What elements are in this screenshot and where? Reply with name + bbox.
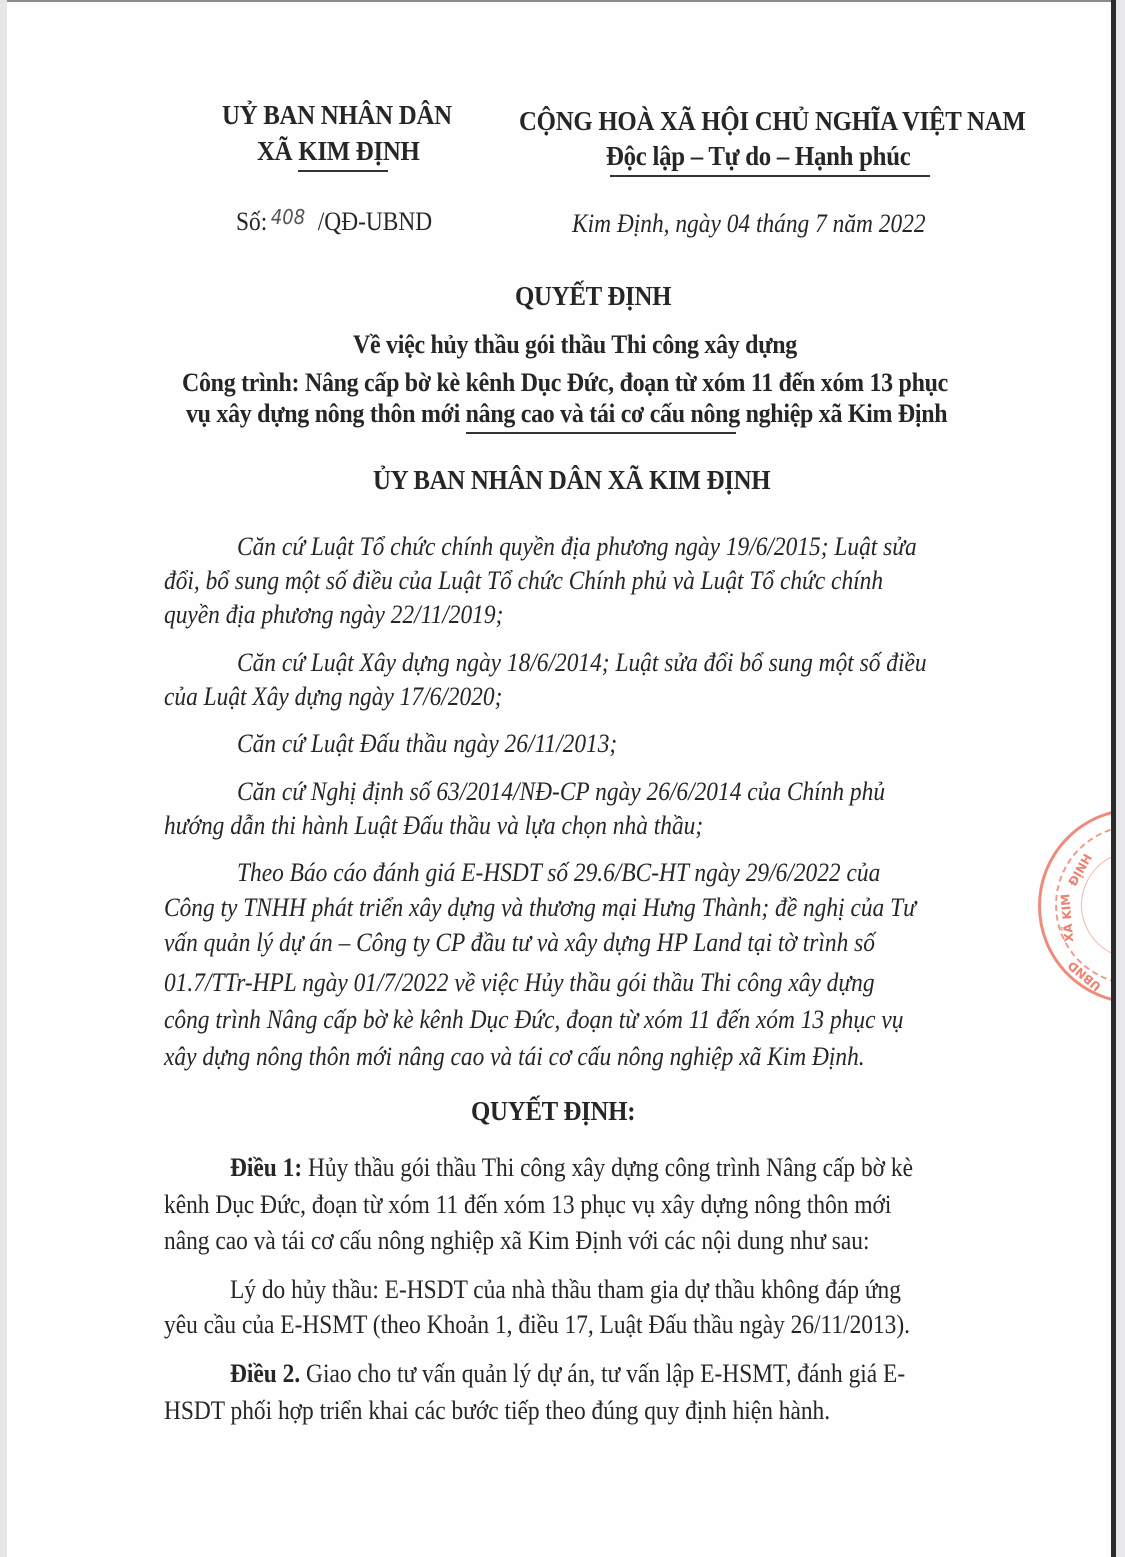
- article-text: Giao cho tư vấn quản lý dự án, tư vấn lậ…: [300, 1359, 905, 1388]
- place-date: Kim Định, ngày 04 tháng 7 năm 2022: [572, 209, 926, 239]
- issuer-line2: XÃ KIM ĐỊNH: [257, 136, 420, 167]
- official-stamp: H KIM ĐỊNH XÃ KIM UBND: [1030, 790, 1111, 1020]
- article-line: Điều 1: Hủy thầu gói thầu Thi công xây d…: [230, 1153, 913, 1183]
- preamble-line: xây dựng nông thôn mới nâng cao và tái c…: [164, 1042, 865, 1072]
- issuer-underline: [298, 170, 388, 172]
- subject-line-3: vụ xây dựng nông thôn mới nâng cao và tá…: [186, 399, 947, 429]
- doc-type-heading: QUYẾT ĐỊNH: [515, 281, 671, 312]
- authority-heading: ỦY BAN NHÂN DÂN XÃ KIM ĐỊNH: [373, 465, 770, 496]
- article-line: Lý do hủy thầu: E-HSDT của nhà thầu tham…: [230, 1275, 901, 1305]
- article-text: kênh Dục Đức, đoạn từ xóm 11 đến xóm 13 …: [164, 1190, 891, 1219]
- title-underline: [466, 432, 736, 434]
- article-line: nâng cao và tái cơ cấu nông nghiệp xã Ki…: [164, 1226, 869, 1256]
- issuer-line1: UỶ BAN NHÂN DÂN: [222, 100, 452, 131]
- page-gutter: [1116, 0, 1125, 1557]
- article-text: nâng cao và tái cơ cấu nông nghiệp xã Ki…: [164, 1226, 869, 1255]
- preamble-line: Căn cứ Luật Đấu thầu ngày 26/11/2013;: [237, 729, 617, 759]
- article-label: Điều 1:: [230, 1153, 302, 1182]
- stamp-ring: H KIM ĐỊNH XÃ KIM UBND: [1038, 808, 1111, 1004]
- preamble-line: đổi, bổ sung một số điều của Luật Tổ chứ…: [164, 566, 883, 596]
- preamble-line: Công ty TNHH phát triển xây dựng và thươ…: [164, 893, 916, 923]
- nation-title: CỘNG HOÀ XÃ HỘI CHỦ NGHĨA VIỆT NAM: [519, 106, 1026, 137]
- doc-number-handwritten: 408: [271, 205, 305, 229]
- preamble-line: quyền địa phương ngày 22/11/2019;: [164, 600, 503, 630]
- issuer-prefix: XÃ: [257, 136, 298, 166]
- article-label: Điều 2.: [230, 1359, 300, 1388]
- article-line: HSDT phối hợp triển khai các bước tiếp t…: [164, 1396, 830, 1426]
- preamble-line: Căn cứ Luật Xây dựng ngày 18/6/2014; Luậ…: [237, 648, 927, 678]
- article-text: Hủy thầu gói thầu Thi công xây dựng công…: [302, 1153, 913, 1182]
- article-line: kênh Dục Đức, đoạn từ xóm 11 đến xóm 13 …: [164, 1190, 891, 1220]
- article-line: Điều 2. Giao cho tư vấn quản lý dự án, t…: [230, 1359, 905, 1389]
- preamble-line: vấn quản lý dự án – Công ty CP đầu tư và…: [164, 928, 875, 958]
- preamble-line: 01.7/TTr-HPL ngày 01/7/2022 về việc Hủy …: [164, 968, 875, 998]
- preamble-line: hướng dẫn thi hành Luật Đấu thầu và lựa …: [164, 811, 703, 841]
- article-text: yêu cầu của E-HSMT (theo Khoản 1, điều 1…: [164, 1310, 910, 1339]
- preamble-line: Căn cứ Nghị định số 63/2014/NĐ-CP ngày 2…: [237, 777, 885, 807]
- motto: Độc lập – Tự do – Hạnh phúc: [606, 141, 910, 172]
- article-text: HSDT phối hợp triển khai các bước tiếp t…: [164, 1396, 830, 1425]
- preamble-line: Căn cứ Luật Tổ chức chính quyền địa phươ…: [237, 532, 917, 562]
- article-line: yêu cầu của E-HSMT (theo Khoản 1, điều 1…: [164, 1310, 910, 1340]
- subject-line-1: Về việc hủy thầu gói thầu Thi công xây d…: [353, 330, 797, 360]
- doc-number-label: Số:: [236, 207, 267, 236]
- decision-heading: QUYẾT ĐỊNH:: [471, 1096, 635, 1127]
- preamble-line: Theo Báo cáo đánh giá E-HSDT số 29.6/BC-…: [237, 858, 880, 888]
- doc-number: Số:408/QĐ-UBND: [236, 207, 432, 237]
- preamble-line: của Luật Xây dựng ngày 17/6/2020;: [164, 682, 502, 712]
- motto-underline: [610, 175, 930, 177]
- article-text: Lý do hủy thầu: E-HSDT của nhà thầu tham…: [230, 1275, 901, 1304]
- doc-number-suffix: /QĐ-UBND: [318, 207, 432, 236]
- issuer-name: KIM ĐỊNH: [298, 136, 419, 166]
- subject-line-2: Công trình: Nâng cấp bờ kè kênh Dục Đức,…: [182, 368, 948, 398]
- preamble-line: công trình Nâng cấp bờ kè kênh Dục Đức, …: [164, 1005, 903, 1035]
